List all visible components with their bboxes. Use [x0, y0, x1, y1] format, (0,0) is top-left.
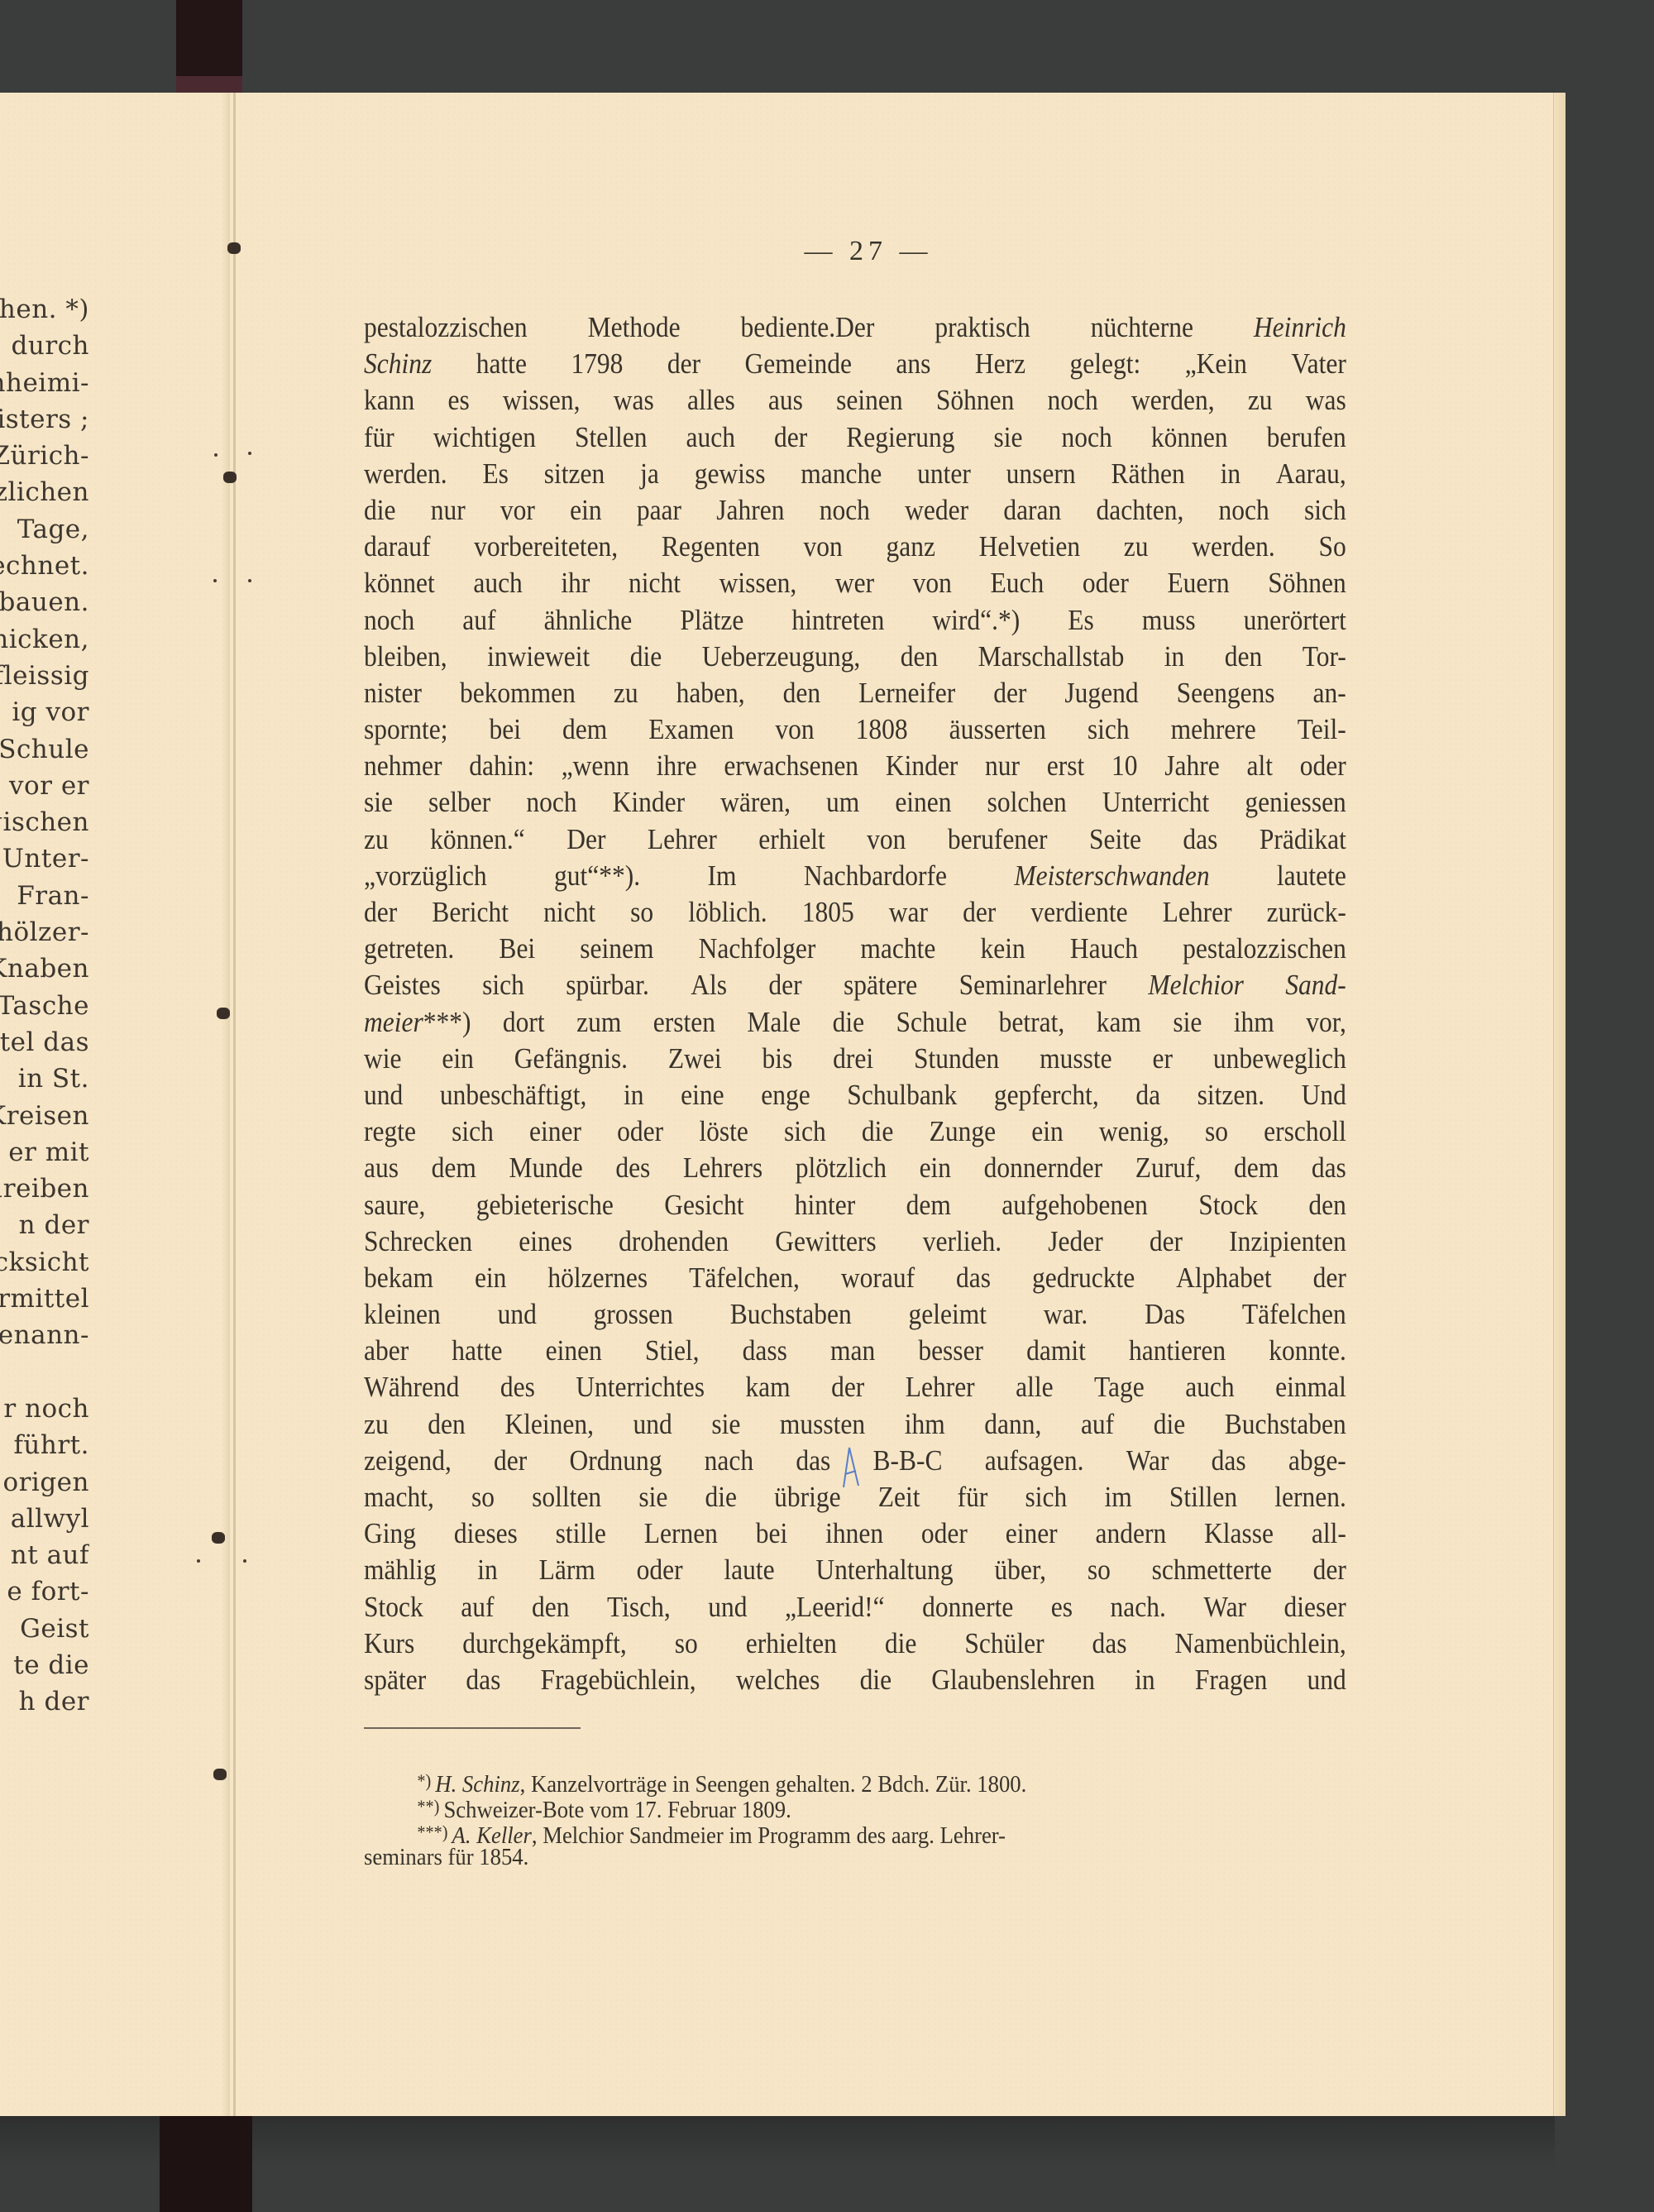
word: äusserten [949, 711, 1046, 748]
word: Lehrer [648, 821, 717, 858]
binding-dot [197, 1559, 200, 1563]
left-page-line: Kreisen [0, 1098, 89, 1134]
word: meier***) [364, 1004, 471, 1041]
left-page-line: Tasche [0, 988, 89, 1024]
word: nicht [629, 565, 681, 601]
word: werden. [1192, 529, 1275, 565]
left-page-line: rmittel [0, 1281, 89, 1317]
word: Es [482, 456, 509, 492]
word: es [447, 382, 469, 419]
word: hantieren [1129, 1333, 1226, 1369]
word: So [1319, 529, 1346, 565]
left-page-line: nheimi- [0, 365, 89, 401]
word: erhielten [746, 1625, 837, 1662]
word: lautete [1277, 858, 1346, 894]
word: und [708, 1589, 747, 1625]
word: kam [1097, 1004, 1141, 1041]
word: zu [364, 821, 389, 858]
word: zum [576, 1004, 621, 1041]
word: enge [761, 1077, 810, 1113]
word: Stellen [575, 419, 647, 456]
word: des [615, 1150, 650, 1186]
word: all- [1312, 1515, 1346, 1552]
word: Teil- [1298, 711, 1346, 748]
word: nehmer [364, 748, 442, 784]
word: paar [637, 492, 681, 529]
word: Lehrer [1163, 894, 1232, 931]
word: seinen [836, 382, 902, 419]
word: übrige [774, 1479, 840, 1515]
word: Lehrer [906, 1369, 975, 1405]
word: hölzernes [547, 1260, 648, 1296]
word: in [477, 1552, 498, 1588]
text-line: späterdasFragebüchlein,welchesdieGlauben… [364, 1662, 1346, 1698]
footnote-separator [364, 1727, 581, 1729]
text-line: „vorzüglichgut“**).ImNachbardorfeMeister… [364, 858, 1346, 894]
word: der [963, 894, 996, 931]
word: grossen [594, 1296, 673, 1333]
word: manche [801, 456, 882, 492]
text-line: fürwichtigenStellenauchderRegierungsieno… [364, 419, 1346, 456]
word: noch [1219, 492, 1269, 529]
word: Schüler [964, 1625, 1044, 1662]
word: gut“**). [554, 858, 640, 894]
word: Während [364, 1369, 459, 1405]
word: aus [768, 382, 803, 419]
word: vor, [1306, 1004, 1346, 1041]
word: Inzipienten [1229, 1223, 1346, 1260]
word: ein [475, 1260, 506, 1296]
text-line: könnetauchihrnichtwissen,wervonEuchoderE… [364, 565, 1346, 601]
word: Zunge [930, 1113, 996, 1150]
word: wissen, [719, 565, 797, 601]
word: aufsagen. [985, 1443, 1084, 1479]
left-page-line: cksicht [0, 1244, 89, 1281]
text-line: meier***)dortzumerstenMaledieSchulebetra… [364, 1004, 1346, 1041]
word: donnernder [984, 1150, 1102, 1186]
word: nicht [543, 894, 595, 931]
word: „vorzüglich [364, 858, 487, 894]
word: den [901, 639, 938, 675]
left-page-line: ig vor [0, 694, 89, 730]
word: den [428, 1406, 465, 1443]
word: ähnliche [544, 602, 633, 639]
word: Stillen [1169, 1479, 1237, 1515]
text-line: spornte;beidemExamenvon1808äussertensich… [364, 711, 1346, 748]
word: saure, [364, 1187, 425, 1223]
word: aber [364, 1333, 409, 1369]
word: und [364, 1077, 403, 1113]
word: Schrecken [364, 1223, 472, 1260]
word: ja [640, 456, 659, 492]
word: Im [708, 858, 737, 894]
word: Gemeinde [745, 346, 852, 382]
word: Und [1302, 1077, 1346, 1113]
word: der [993, 675, 1026, 711]
binding-dot [243, 1559, 246, 1563]
word: damit [1026, 1333, 1086, 1369]
word: bekam [364, 1260, 433, 1296]
word: durchgekämpft, [462, 1625, 627, 1662]
word: das [1092, 1625, 1127, 1662]
word: Jahren [716, 492, 784, 529]
word: Zuruf, [1135, 1150, 1202, 1186]
word: spätere [844, 967, 917, 1003]
word: der [768, 967, 801, 1003]
word: er [1153, 1041, 1173, 1077]
left-page-line: e fort- [0, 1573, 89, 1610]
word: oder [1300, 748, 1346, 784]
word: Täfelchen, [689, 1260, 800, 1296]
word: oder [617, 1113, 663, 1150]
word: Gesicht [664, 1187, 743, 1223]
footnote: **) Schweizer-Bote vom 17. Februar 1809. [364, 1793, 1262, 1819]
word: musste [1040, 1041, 1112, 1077]
word: auch [473, 565, 522, 601]
word: Das [1145, 1296, 1185, 1333]
word: Tor- [1303, 639, 1346, 675]
word: inwieweit [487, 639, 590, 675]
word: der [774, 419, 807, 456]
word: war. [1044, 1296, 1088, 1333]
binding-dot [213, 579, 217, 582]
word: das [956, 1260, 991, 1296]
word: der [831, 1369, 864, 1405]
word: so [630, 894, 653, 931]
word: oder [1083, 565, 1129, 601]
word: noch [1062, 419, 1112, 456]
word: Als [691, 967, 727, 1003]
word: stille [556, 1515, 606, 1552]
word: bekommen [460, 675, 576, 711]
word: mussten [780, 1406, 865, 1443]
word: Klasse [1204, 1515, 1274, 1552]
left-page-line: n der [0, 1207, 89, 1243]
word: sich [1088, 711, 1130, 748]
text-line: SchreckeneinesdrohendenGewittersverlieh.… [364, 1223, 1346, 1260]
word: erst [1047, 748, 1084, 784]
word: Schulbank [847, 1077, 957, 1113]
word: ihre [657, 748, 697, 784]
word: den [783, 675, 820, 711]
word: zu [614, 675, 638, 711]
left-page-text-fragment: ehen. *)durchnheimi-eisters ;Zürich-zlic… [0, 291, 89, 1721]
word: Es [1068, 602, 1094, 639]
word: später [364, 1662, 426, 1698]
word: betrat, [999, 1004, 1065, 1041]
text-line: getreten.BeiseinemNachfolgermachtekeinHa… [364, 931, 1346, 967]
text-line: pestalozzischenMethodebediente.Derprakti… [364, 309, 1346, 346]
word: plötzlich [796, 1150, 887, 1186]
word: verdiente [1030, 894, 1127, 931]
word: den [1308, 1187, 1346, 1223]
word: Hauch [1070, 931, 1138, 967]
word: für [958, 1479, 988, 1515]
word: „Leerid!“ [785, 1589, 885, 1625]
word: in [1135, 1662, 1155, 1698]
word: der [1313, 1260, 1346, 1296]
word: Lärm [539, 1552, 595, 1588]
word: konnte. [1269, 1333, 1346, 1369]
word: sie [711, 1406, 740, 1443]
text-line: mähliginLärmoderlauteUnterhaltungüber,so… [364, 1552, 1346, 1588]
word: Plätze [680, 602, 743, 639]
word: Euch [991, 565, 1045, 601]
word: sich [452, 1113, 494, 1150]
word: Lerneifer [858, 675, 955, 711]
left-page-line: Fran- [0, 878, 89, 914]
word: dahin: [469, 748, 534, 784]
word: ihm [1234, 1004, 1274, 1041]
word: gebieterische [476, 1187, 614, 1223]
word: Melchior [1148, 967, 1243, 1003]
word: dem [432, 1150, 476, 1186]
word: kann [364, 382, 414, 419]
left-page-line: Knaben [0, 950, 89, 987]
word: erwachsenen [724, 748, 858, 784]
word: das [1183, 821, 1217, 858]
word: Regierung [846, 419, 954, 456]
text-line: daraufvorbereiteten,RegentenvonganzHelve… [364, 529, 1346, 565]
word: besser [918, 1333, 983, 1369]
text-line: wieeinGefängnis.ZweibisdreiStundenmusste… [364, 1041, 1346, 1077]
word: die [630, 639, 662, 675]
word: berufen [1267, 419, 1346, 456]
word: ihm [905, 1406, 945, 1443]
word: zurück- [1267, 894, 1346, 931]
word: seinem [580, 931, 653, 967]
word: was [614, 382, 654, 419]
word: Methode [588, 309, 681, 346]
word: Prädikat [1260, 821, 1346, 858]
word: gewiss [695, 456, 766, 492]
word: den [1225, 639, 1262, 675]
footnote: seminars für 1854. [364, 1845, 1262, 1870]
word: in [1164, 639, 1185, 675]
word: ein [442, 1041, 473, 1077]
text-line: Geistessichspürbar.AlsderspätereSeminarl… [364, 967, 1346, 1003]
word: spornte; [364, 711, 447, 748]
word: einer [529, 1113, 581, 1150]
text-line: StockaufdenTisch,und„Leerid!“donnerteesn… [364, 1589, 1346, 1625]
word: dem [906, 1187, 951, 1223]
left-page-line: fleissig [0, 658, 89, 694]
word: den [532, 1589, 569, 1625]
word: was [1306, 382, 1346, 419]
word: Schinz [364, 346, 432, 382]
word: zeigend, [364, 1443, 452, 1479]
word: sie [994, 419, 1023, 456]
word: auf [461, 1589, 494, 1625]
word: kleinen [364, 1296, 441, 1333]
word: unsern [1006, 456, 1076, 492]
word: gepfercht, [994, 1077, 1099, 1113]
word: in [1221, 456, 1241, 492]
word: noch [1048, 382, 1098, 419]
left-page-line: Schule [0, 731, 89, 768]
word: Unterricht [1102, 784, 1209, 821]
word: Herz [975, 346, 1025, 382]
footnote-marker: *) [417, 1770, 435, 1791]
word: unbeweglich [1213, 1041, 1346, 1077]
word: auch [1185, 1369, 1234, 1405]
text-line: bleiben,inwieweitdieUeberzeugung,denMars… [364, 639, 1346, 675]
word: drei [833, 1041, 873, 1077]
word: im [1104, 1479, 1131, 1515]
text-line: sieselbernochKinderwären,umeinensolchenU… [364, 784, 1346, 821]
word: der [1313, 1552, 1346, 1588]
word: eine [681, 1077, 724, 1113]
word: Seminarlehrer [959, 967, 1107, 1003]
word: Unterhaltung [815, 1552, 953, 1588]
left-page-line: Zürich- [0, 438, 89, 474]
text-line: regtesicheineroderlöstesichdieZungeeinwe… [364, 1113, 1346, 1150]
word: oder [921, 1515, 968, 1552]
word: alles [687, 382, 735, 419]
binding-hole [217, 1008, 230, 1019]
word: ersten [653, 1004, 715, 1041]
word: hatte [476, 346, 527, 382]
word: Tisch, [607, 1589, 671, 1625]
word: wird“.*) [932, 602, 1020, 639]
word: Zwei [668, 1041, 722, 1077]
word: Jugend [1064, 675, 1138, 711]
word: Heinrich [1254, 309, 1346, 346]
text-line: nehmerdahin:„wennihreerwachsenenKindernu… [364, 748, 1346, 784]
word: zu [1248, 382, 1273, 419]
word: spürbar. [566, 967, 649, 1003]
text-line: nochaufähnlichePlätzehintretenwird“.*)Es… [364, 602, 1346, 639]
word: wenig, [1099, 1113, 1169, 1150]
word: sie [638, 1479, 667, 1515]
word: eines [519, 1223, 572, 1260]
word: dem [562, 711, 607, 748]
word: die [860, 1662, 892, 1698]
left-page-line: te die [0, 1647, 89, 1683]
word: Kurs [364, 1625, 414, 1662]
word: Nachbardorfe [804, 858, 947, 894]
text-line: werden.Essitzenjagewissmancheunterunsern… [364, 456, 1346, 492]
word: dann, [984, 1406, 1041, 1443]
word: in [624, 1077, 644, 1113]
left-page-line: Geist [0, 1611, 89, 1647]
word: Jahre [1164, 748, 1219, 784]
word: hinter [795, 1187, 855, 1223]
left-page-line: r noch [0, 1391, 89, 1427]
footnote: *) H. Schinz, Kanzelvorträge in Seengen … [364, 1768, 1262, 1793]
bookmark-ribbon-top [176, 0, 242, 98]
word: der [364, 894, 397, 931]
word: man [830, 1333, 875, 1369]
text-line: zudenKleinen,undsiemusstenihmdann,aufdie… [364, 1406, 1346, 1443]
word: Regenten [662, 529, 760, 565]
word: Aarau, [1276, 456, 1346, 492]
word: praktisch [935, 309, 1030, 346]
word: ein [1031, 1113, 1063, 1150]
word: 1798 [571, 346, 623, 382]
word: sie [1173, 1004, 1202, 1041]
word: werden, [1131, 382, 1215, 419]
word: dachten, [1097, 492, 1184, 529]
word: War [1203, 1589, 1246, 1625]
word: Glaubenslehren [931, 1662, 1095, 1698]
word: sich [784, 1113, 826, 1150]
word: die [885, 1625, 916, 1662]
word: Gewitters [775, 1223, 876, 1260]
word: mehrere [1171, 711, 1256, 748]
word: Alphabet [1176, 1260, 1271, 1296]
word: Bericht [432, 894, 509, 931]
word: nüchterne [1091, 309, 1193, 346]
word: erscholl [1264, 1113, 1346, 1150]
left-page-line: nt auf [0, 1537, 89, 1573]
word: auch [686, 419, 735, 456]
word: an- [1313, 675, 1346, 711]
word: das [1312, 1150, 1346, 1186]
word: auf [462, 602, 495, 639]
text-line: Schinzhatte1798derGemeindeansHerzgelegt:… [364, 346, 1346, 382]
left-page-line: hölzer- [0, 914, 89, 950]
left-page-line: führt. [0, 1427, 89, 1463]
word: löste [699, 1113, 748, 1150]
word: lernen. [1274, 1479, 1346, 1515]
word: „wenn [562, 748, 629, 784]
word: das [796, 1443, 830, 1479]
word: wissen, [503, 382, 581, 419]
word: einer [1006, 1515, 1058, 1552]
word: dass [743, 1333, 787, 1369]
left-page-line: zlichen [0, 474, 89, 510]
word: worauf [841, 1260, 915, 1296]
word: Söhnen [1268, 565, 1346, 601]
left-page-line: Tage, [0, 511, 89, 548]
word: hintreten [791, 602, 884, 639]
word: Marschallstab [978, 639, 1125, 675]
gutter-line [233, 93, 236, 2116]
page-number: — 27 — [769, 236, 968, 267]
left-page-line: bauen. [0, 584, 89, 620]
word: bediente.Der [741, 309, 875, 346]
word: Helvetien [979, 529, 1080, 565]
left-page-line [0, 1354, 89, 1391]
word: weder [905, 492, 968, 529]
text-line: saure,gebieterischeGesichthinterdemaufge… [364, 1187, 1346, 1223]
word: einmal [1275, 1369, 1346, 1405]
word: Sand- [1285, 967, 1346, 1003]
word: Buchstaben [1225, 1406, 1346, 1443]
word: drohenden [619, 1223, 729, 1260]
word: die [833, 1004, 864, 1041]
text-line: dienurvoreinpaarJahrennochwederdarandach… [364, 492, 1346, 529]
word: erhielt [758, 821, 825, 858]
word: kein [980, 931, 1025, 967]
left-page-line: echnet. [0, 548, 89, 584]
word: Buchstaben [730, 1296, 852, 1333]
word: nur [431, 492, 466, 529]
footnote-marker: **) [417, 1796, 443, 1817]
word: auf [1081, 1406, 1114, 1443]
left-page-line: Unter- [0, 840, 89, 877]
word: oder [637, 1552, 683, 1588]
word: Schule [896, 1004, 968, 1041]
text-line: derBerichtnichtsolöblich.1805warderverdi… [364, 894, 1346, 931]
footnotes: *) H. Schinz, Kanzelvorträge in Seengen … [364, 1768, 1340, 1870]
word: Nachfolger [699, 931, 816, 967]
word: gelegt: [1070, 346, 1141, 382]
word: nach [705, 1443, 753, 1479]
word: alle [1016, 1369, 1053, 1405]
word: berufener [948, 821, 1048, 858]
